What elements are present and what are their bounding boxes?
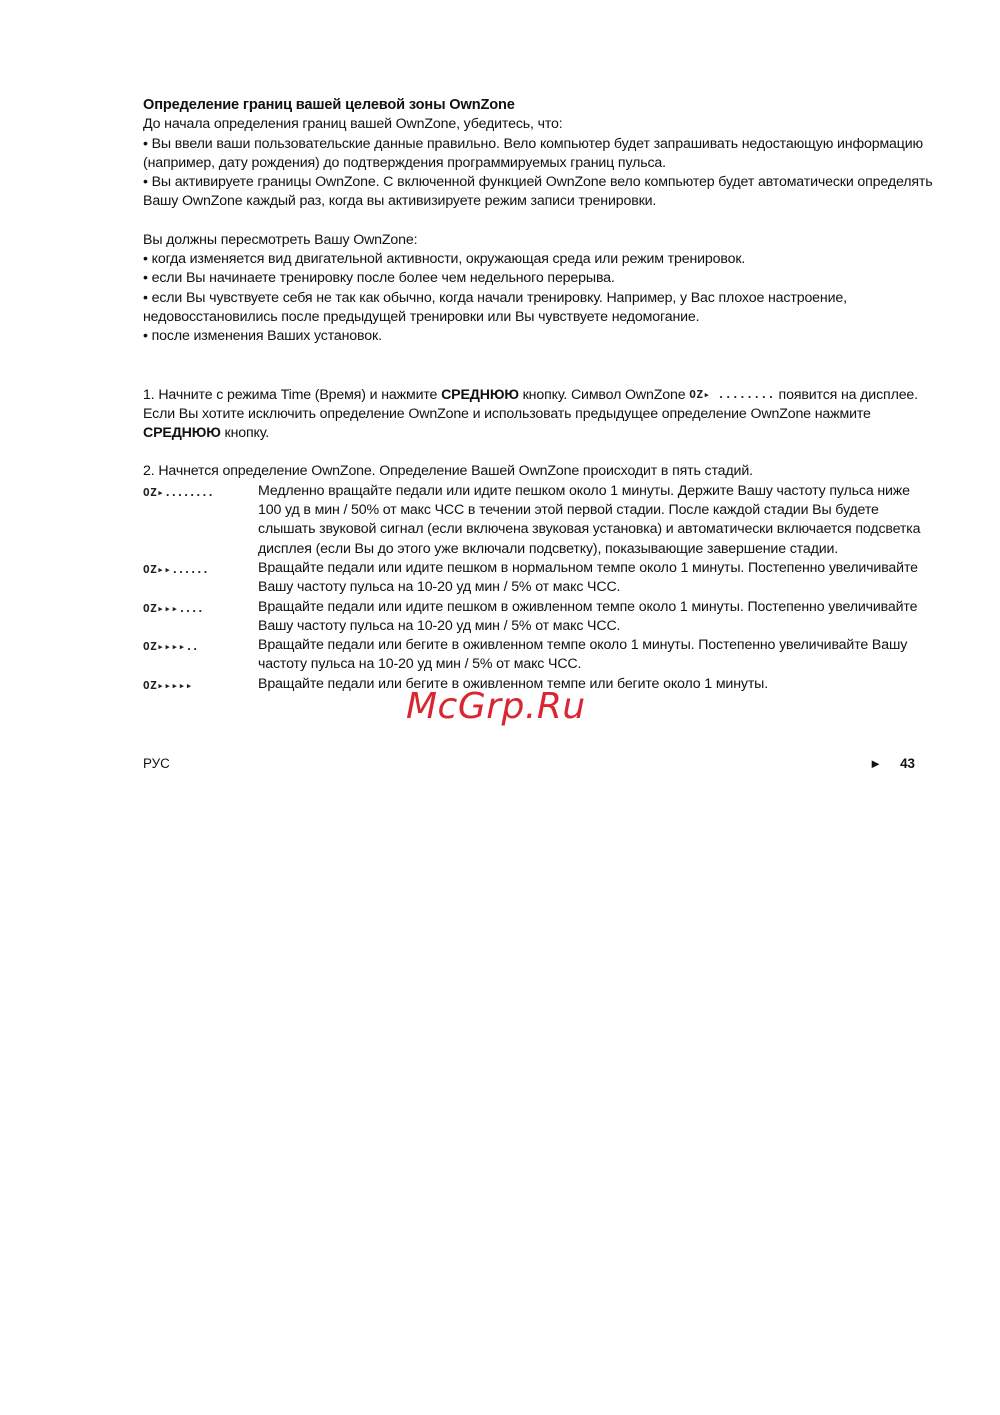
ownzone-stage-5-icon: OZ▸▸▸▸▸ (143, 676, 193, 695)
step-2-intro: 2. Начнется определение OwnZone. Определ… (143, 462, 933, 481)
section-title: Определение границ вашей целевой зоны Ow… (143, 96, 933, 115)
review-item: • если Вы чувствуете себя не так как обы… (143, 289, 933, 328)
review-item: • после изменения Ваших установок. (143, 327, 933, 346)
watermark: McGrp.Ru (406, 686, 586, 727)
stage-row: OZ▸▸▸....Вращайте педали или идите пешко… (143, 598, 933, 637)
middle-button-label: СРЕДНЮЮ (143, 425, 221, 441)
document-page: Определение границ вашей целевой зоны Ow… (143, 96, 933, 696)
stage-list: OZ▸........Медленно вращайте педали или … (143, 482, 933, 696)
ownzone-stage-2-icon: OZ▸▸...... (143, 560, 208, 579)
next-page-arrow-icon: ► (869, 756, 882, 771)
ownzone-stage-4-icon: OZ▸▸▸▸.. (143, 637, 198, 656)
stage-row: OZ▸........Медленно вращайте педали или … (143, 482, 933, 559)
ownzone-symbol-icon: OZ▸ ........ (689, 385, 774, 404)
stage-description: Вращайте педали или идите пешком в оживл… (258, 598, 933, 637)
prerequisite-item: • Вы ввели ваши пользовательские данные … (143, 135, 933, 174)
review-item: • если Вы начинаете тренировку после бол… (143, 269, 933, 288)
stage-description: Вращайте педали или бегите в оживленном … (258, 636, 933, 675)
middle-button-label: СРЕДНЮЮ (441, 387, 519, 403)
language-label: РУС (143, 756, 170, 771)
page-number: 43 (900, 756, 915, 771)
stage-description: Вращайте педали или идите пешком в норма… (258, 559, 933, 598)
prerequisite-item: • Вы активируете границы OwnZone. С вклю… (143, 173, 933, 212)
stage-description: Медленно вращайте педали или идите пешко… (258, 482, 933, 559)
ownzone-stage-1-icon: OZ▸........ (143, 483, 213, 502)
stage-row: OZ▸▸......Вращайте педали или идите пешк… (143, 559, 933, 598)
stage-description: Вращайте педали или бегите в оживленном … (258, 675, 933, 696)
ownzone-stage-3-icon: OZ▸▸▸.... (143, 599, 203, 618)
step-1: 1. Начните с режима Time (Время) и нажми… (143, 385, 933, 444)
review-item: • когда изменяется вид двигательной акти… (143, 250, 933, 269)
stage-row: OZ▸▸▸▸..Вращайте педали или бегите в ожи… (143, 636, 933, 675)
review-heading: Вы должны пересмотреть Вашу OwnZone: (143, 231, 933, 250)
intro-text: До начала определения границ вашей OwnZo… (143, 115, 933, 134)
